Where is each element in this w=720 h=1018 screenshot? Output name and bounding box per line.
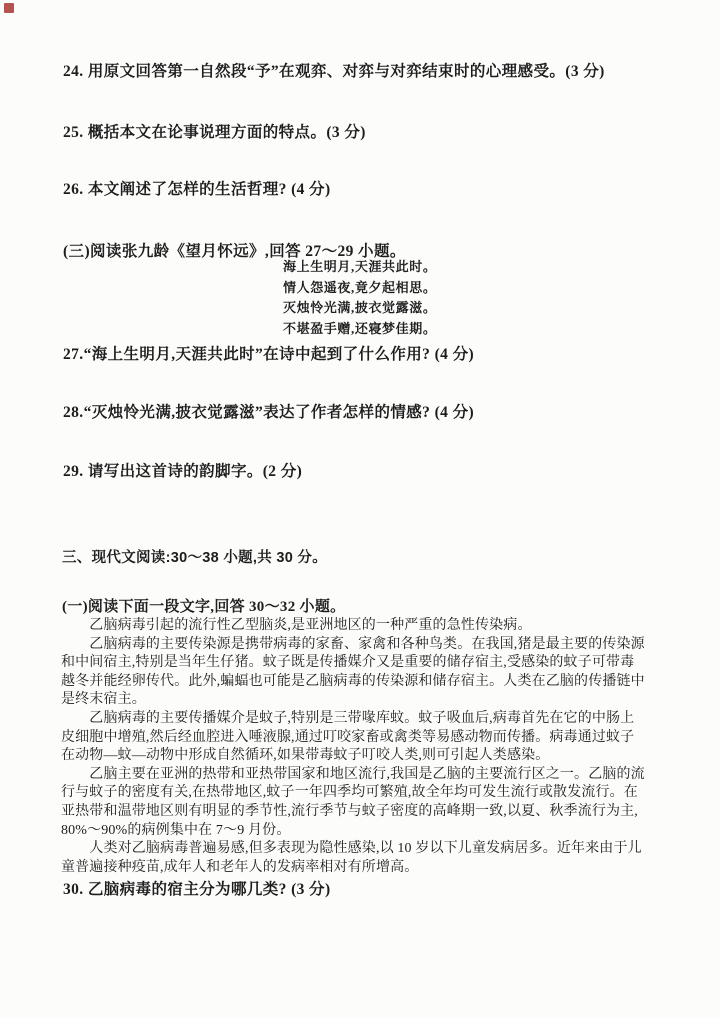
question-27: 27.“海上生明月,天涯共此时”在诗中起到了什么作用? (4 分) (63, 342, 474, 364)
passage-line: 越冬并能经卵传代。此外,蝙蝠也可能是乙脑病毒的传染源和储存宿主。人类在乙脑的传播… (61, 673, 667, 692)
passage-line: 乙脑病毒的主要传染源是携带病毒的家畜、家禽和各种鸟类。在我国,猪是最主要的传染源 (61, 636, 667, 655)
reading-passage: 乙脑病毒引起的流行性乙型脑炎,是亚洲地区的一种严重的急性传染病。 乙脑病毒的主要… (61, 617, 667, 877)
question-29: 29. 请写出这首诗的韵脚字。(2 分) (63, 459, 302, 481)
passage-line: 在动物—蚊—动物中形成自然循环,如果带毒蚊子叮咬人类,则可引起人类感染。 (61, 747, 667, 766)
passage-line: 乙脑病毒引起的流行性乙型脑炎,是亚洲地区的一种严重的急性传染病。 (61, 617, 667, 636)
passage-line: 乙脑病毒的主要传播媒介是蚊子,特别是三带喙库蚊。蚊子吸血后,病毒首先在它的中肠上 (61, 710, 667, 729)
question-25: 25. 概括本文在论事说理方面的特点。(3 分) (63, 120, 366, 142)
passage-line: 80%～90%的病例集中在 7～9 月份。 (61, 822, 667, 841)
question-26: 26. 本文阐述了怎样的生活哲理? (4 分) (63, 177, 331, 199)
poem-wangyue-huaiyuan: 海上生明月,天涯共此时。 情人怨遥夜,竟夕起相思。 灭烛怜光满,披衣觉露滋。 不… (283, 257, 436, 340)
passage-line: 行与蚊子的密度有关,在热带地区,蚊子一年四季均可繁殖,故全年均可发生流行或散发流… (61, 784, 667, 803)
passage-line: 和中间宿主,特别是当年生仔猪。蚊子既是传播媒介又是重要的储存宿主,受感染的蚊子可… (61, 654, 667, 673)
poem-line: 情人怨遥夜,竟夕起相思。 (283, 278, 436, 299)
poem-line: 海上生明月,天涯共此时。 (283, 257, 436, 278)
poem-line: 灭烛怜光满,披衣觉露滋。 (283, 298, 436, 319)
scan-corner-mark (4, 3, 14, 13)
passage-line: 是终末宿主。 (61, 691, 667, 710)
exam-page: 24. 用原文回答第一自然段“予”在观弈、对弈与对弈结束时的心理感受。(3 分)… (0, 0, 720, 1018)
part-three-sub-heading: (一)阅读下面一段文字,回答 30～32 小题。 (62, 595, 345, 616)
question-24: 24. 用原文回答第一自然段“予”在观弈、对弈与对弈结束时的心理感受。(3 分) (63, 59, 605, 81)
passage-line: 皮细胞中增殖,然后经血腔进入唾液腺,通过叮咬家畜或禽类等易感动物而传播。病毒通过… (61, 729, 667, 748)
passage-line: 童普遍接种疫苗,成年人和老年人的发病率相对有所增高。 (61, 859, 667, 878)
part-three-heading: 三、现代文阅读:30～38 小题,共 30 分。 (62, 546, 327, 567)
poem-line: 不堪盈手赠,还寝梦佳期。 (283, 319, 436, 340)
passage-line: 乙脑主要在亚洲的热带和亚热带国家和地区流行,我国是乙脑的主要流行区之一。乙脑的流 (61, 766, 667, 785)
passage-line: 亚热带和温带地区则有明显的季节性,流行季节与蚊子密度的高峰期一致,以夏、秋季流行… (61, 803, 667, 822)
passage-line: 人类对乙脑病毒普遍易感,但多表现为隐性感染,以 10 岁以下儿童发病居多。近年来… (61, 840, 667, 859)
question-30: 30. 乙脑病毒的宿主分为哪几类? (3 分) (63, 877, 331, 899)
question-28: 28.“灭烛怜光满,披衣觉露滋”表达了作者怎样的情感? (4 分) (63, 400, 474, 422)
